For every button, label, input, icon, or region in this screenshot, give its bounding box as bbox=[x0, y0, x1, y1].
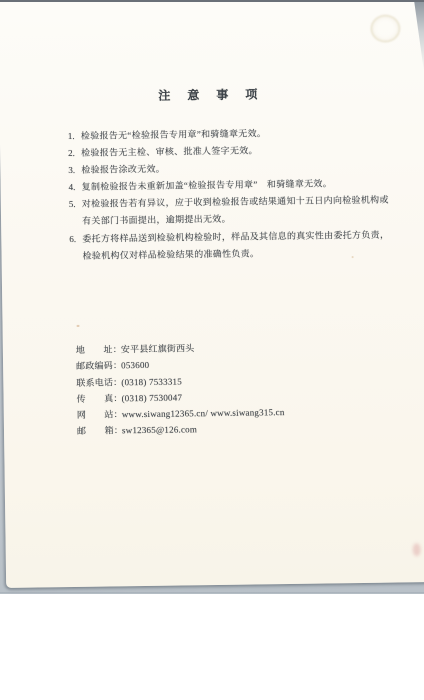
notice-item-5: 5. 对检验报告若有异议，应于收到检验报告或结果通知十五日内向检验机构或 有关部… bbox=[69, 192, 399, 231]
contact-label: 邮政编码： bbox=[76, 358, 121, 375]
scanned-screenshot: 注 意 事 项 1. 检验报告无“检验报告专用章”和骑缝章无效。 2. 检验报告… bbox=[0, 0, 424, 700]
contact-row-email: 邮 箱：sw12365@126.com bbox=[77, 421, 285, 440]
contact-value: 053600 bbox=[121, 360, 149, 370]
contact-value: (0318) 7533315 bbox=[121, 376, 182, 387]
faint-ring-stain bbox=[370, 14, 400, 42]
contact-value: sw12365@126.com bbox=[122, 425, 197, 436]
contact-value: 安平县红旗街西头 bbox=[121, 343, 195, 354]
notice-number: 3. bbox=[68, 162, 81, 179]
faint-pink-smudge bbox=[413, 543, 421, 556]
page-title: 注 意 事 项 bbox=[0, 83, 423, 106]
contact-value: www.siwang12365.cn/ www.siwang315.cn bbox=[122, 407, 285, 419]
paper-speck bbox=[352, 256, 354, 258]
notice-number: 4. bbox=[68, 179, 81, 196]
document-page: 注 意 事 项 1. 检验报告无“检验报告专用章”和骑缝章无效。 2. 检验报告… bbox=[0, 0, 424, 588]
contact-label: 联系电话： bbox=[76, 374, 121, 391]
notice-number: 1. bbox=[68, 128, 81, 145]
contact-block: 地 址：安平县红旗街西头 邮政编码：053600 联系电话：(0318) 753… bbox=[76, 339, 285, 440]
contact-label: 传 真： bbox=[76, 390, 121, 407]
paper-speck bbox=[77, 325, 80, 327]
notice-number: 5. bbox=[69, 196, 82, 213]
notice-number: 6. bbox=[69, 230, 82, 247]
scanner-background: 注 意 事 项 1. 检验报告无“检验报告专用章”和骑缝章无效。 2. 检验报告… bbox=[0, 0, 424, 594]
contact-label: 邮 箱： bbox=[77, 423, 122, 440]
notice-text: 对检验报告若有异议，应于收到检验报告或结果通知十五日内向检验机构或 有关部门书面… bbox=[82, 192, 399, 231]
scan-frame-top-line bbox=[0, 0, 424, 2]
notice-number: 2. bbox=[68, 145, 81, 162]
notice-line: 检验机构仅对样品检验结果的准确性负责。 bbox=[82, 243, 399, 265]
contact-label: 网 站： bbox=[77, 407, 122, 424]
notice-item-6: 6. 委托方将样品送到检验机构检验时，样品及其信息的真实性由委托方负责， 检验机… bbox=[69, 226, 399, 265]
contact-value: (0318) 7530047 bbox=[121, 392, 182, 403]
notice-list: 1. 检验报告无“检验报告专用章”和骑缝章无效。 2. 检验报告无主检、审核、批… bbox=[68, 123, 400, 264]
contact-label: 地 址： bbox=[76, 341, 121, 358]
scan-frame-bottom-line bbox=[0, 592, 424, 594]
notice-text: 委托方将样品送到检验机构检验时，样品及其信息的真实性由委托方负责， 检验机构仅对… bbox=[82, 226, 399, 265]
